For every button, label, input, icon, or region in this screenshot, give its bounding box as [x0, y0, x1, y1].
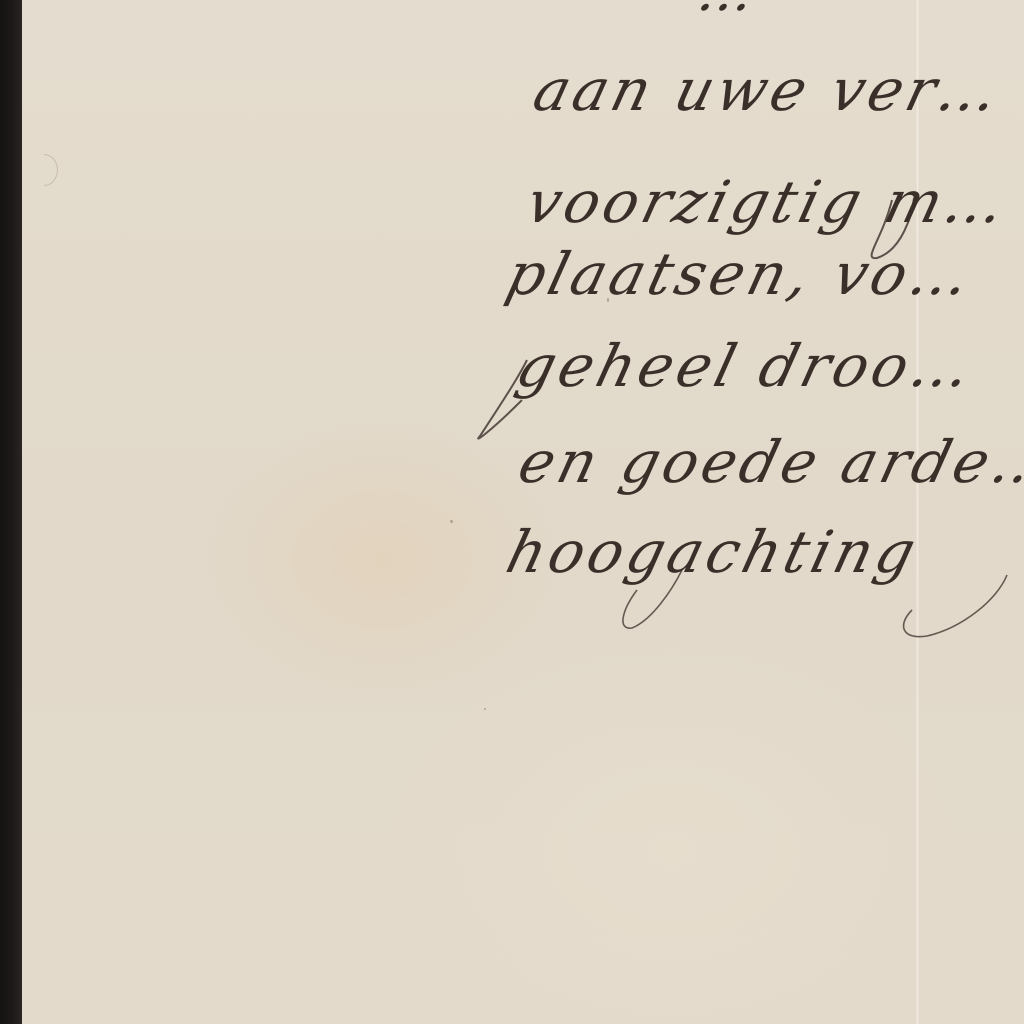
handwritten-line-3: voorzigtig m…: [520, 168, 1016, 236]
handwritten-line-1: …: [692, 0, 766, 23]
paper-sheet: … aan uwe ver… voorzigtig m… plaatsen, v…: [22, 0, 1024, 1024]
handwritten-text: … aan uwe ver… voorzigtig m… plaatsen, v…: [22, 0, 1024, 1024]
scanned-page: … aan uwe ver… voorzigtig m… plaatsen, v…: [0, 0, 1024, 1024]
handwritten-line-5: geheel droo…: [510, 332, 982, 400]
binding-edge: [0, 0, 22, 1024]
handwritten-line-2: aan uwe ver…: [527, 56, 1009, 124]
ink-flourishes: [22, 0, 1024, 1024]
handwritten-line-4: plaatsen, vo…: [500, 240, 981, 308]
handwritten-line-6: en goede arde…: [512, 428, 1024, 496]
handwritten-line-7: hoogachting: [500, 518, 926, 586]
